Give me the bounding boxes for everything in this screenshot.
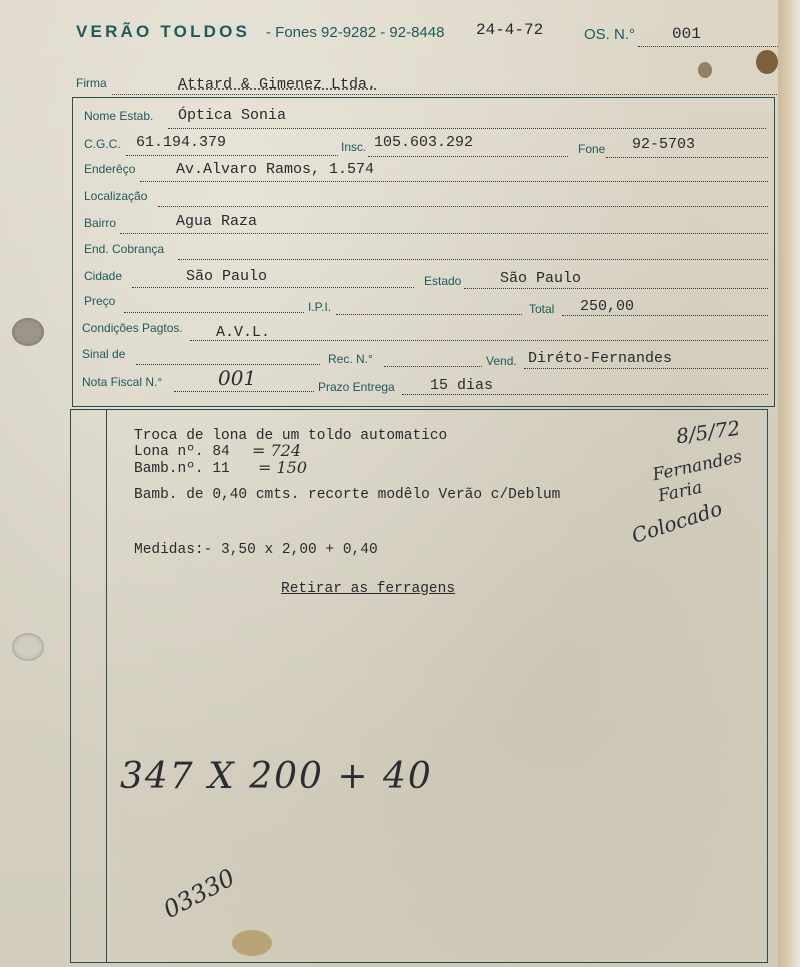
order-date: 24-4-72 <box>476 21 543 39</box>
nota-fiscal-label: Nota Fiscal N.° <box>82 375 162 389</box>
condicoes-value[interactable]: A.V.L. <box>216 324 270 341</box>
bairro-line <box>120 233 768 234</box>
ipi-line <box>336 314 522 315</box>
retirar-ferragens: Retirar as ferragens <box>281 581 455 597</box>
os-number-value: 001 <box>672 25 701 43</box>
stain <box>756 50 778 74</box>
bairro-label: Bairro <box>84 216 116 230</box>
prazo-label: Prazo Entrega <box>318 380 395 394</box>
description-line-3: Bamb.nº. 11 <box>134 461 230 477</box>
punch-hole <box>12 318 44 346</box>
fone-value[interactable]: 92-5703 <box>632 136 695 153</box>
nome-estab-value[interactable]: Óptica Sonia <box>178 107 286 124</box>
os-number-line <box>638 46 778 47</box>
fone-line <box>606 157 768 158</box>
nota-fiscal-line <box>174 391 314 392</box>
form-header: VERÃO TOLDOS - Fones 92-9282 - 92-8448 2… <box>76 20 786 50</box>
description-line-2: Lona nº. 84 <box>134 444 230 460</box>
estado-value[interactable]: São Paulo <box>500 270 581 287</box>
total-value[interactable]: 250,00 <box>580 298 634 315</box>
estado-label: Estado <box>424 274 461 288</box>
bairro-value[interactable]: Agua Raza <box>176 213 257 230</box>
total-line <box>562 315 768 316</box>
firma-value[interactable]: Attard & Gimenez Ltda. <box>178 76 376 93</box>
nome-estab-line <box>168 128 766 129</box>
endereco-value[interactable]: Av.Alvaro Ramos, 1.574 <box>176 161 374 178</box>
localizacao-label: Localização <box>84 189 147 203</box>
nota-fiscal-value[interactable]: 001 <box>218 366 256 390</box>
nome-estab-label: Nome Estab. <box>84 109 153 123</box>
vend-line <box>524 368 768 369</box>
total-label: Total <box>529 302 554 316</box>
cgc-label: C.G.C. <box>84 137 121 151</box>
prazo-line <box>402 394 768 395</box>
company-brand: VERÃO TOLDOS <box>76 22 250 42</box>
condicoes-label: Condições Pagtos. <box>82 321 183 335</box>
sinal-label: Sinal de <box>82 347 125 361</box>
paper-edge <box>778 0 800 967</box>
firma-line <box>112 94 777 95</box>
insc-value[interactable]: 105.603.292 <box>374 134 473 151</box>
fone-label: Fone <box>578 142 605 156</box>
description-line-4: Bamb. de 0,40 cmts. recorte modêlo Verão… <box>134 487 560 503</box>
cidade-line <box>132 287 414 288</box>
estado-line <box>464 288 768 289</box>
insc-line <box>368 156 568 157</box>
end-cobranca-label: End. Cobrança <box>84 242 164 256</box>
stain <box>698 62 712 78</box>
condicoes-line <box>190 340 768 341</box>
firma-label: Firma <box>76 76 107 90</box>
cgc-value[interactable]: 61.194.379 <box>136 134 226 151</box>
cgc-line <box>126 155 338 156</box>
margin-line <box>106 410 107 962</box>
ipi-label: I.P.I. <box>308 300 331 314</box>
bamb-handwritten-value: = 150 <box>258 458 307 477</box>
os-number-label: OS. N.° <box>584 26 635 43</box>
rec-label: Rec. N.° <box>328 352 373 366</box>
endereco-label: Enderêço <box>84 162 135 176</box>
end-cobranca-line <box>178 259 768 260</box>
medidas-line: Medidas:- 3,50 x 2,00 + 0,40 <box>134 542 378 558</box>
sinal-line <box>136 364 320 365</box>
vend-value[interactable]: Diréto-Fernandes <box>528 350 672 367</box>
endereco-line <box>140 181 768 182</box>
company-phones: - Fones 92-9282 - 92-8448 <box>266 24 444 41</box>
preco-label: Preço <box>84 294 115 308</box>
insc-label: Insc. <box>341 140 366 154</box>
localizacao-line <box>158 206 768 207</box>
preco-line <box>124 312 304 313</box>
cidade-value[interactable]: São Paulo <box>186 268 267 285</box>
cidade-label: Cidade <box>84 269 122 283</box>
handwritten-measurement: 347 X 200 + 40 <box>120 756 433 797</box>
prazo-value[interactable]: 15 dias <box>430 377 493 394</box>
punch-hole <box>12 633 44 661</box>
vend-label: Vend. <box>486 354 517 368</box>
rec-line <box>384 366 482 367</box>
